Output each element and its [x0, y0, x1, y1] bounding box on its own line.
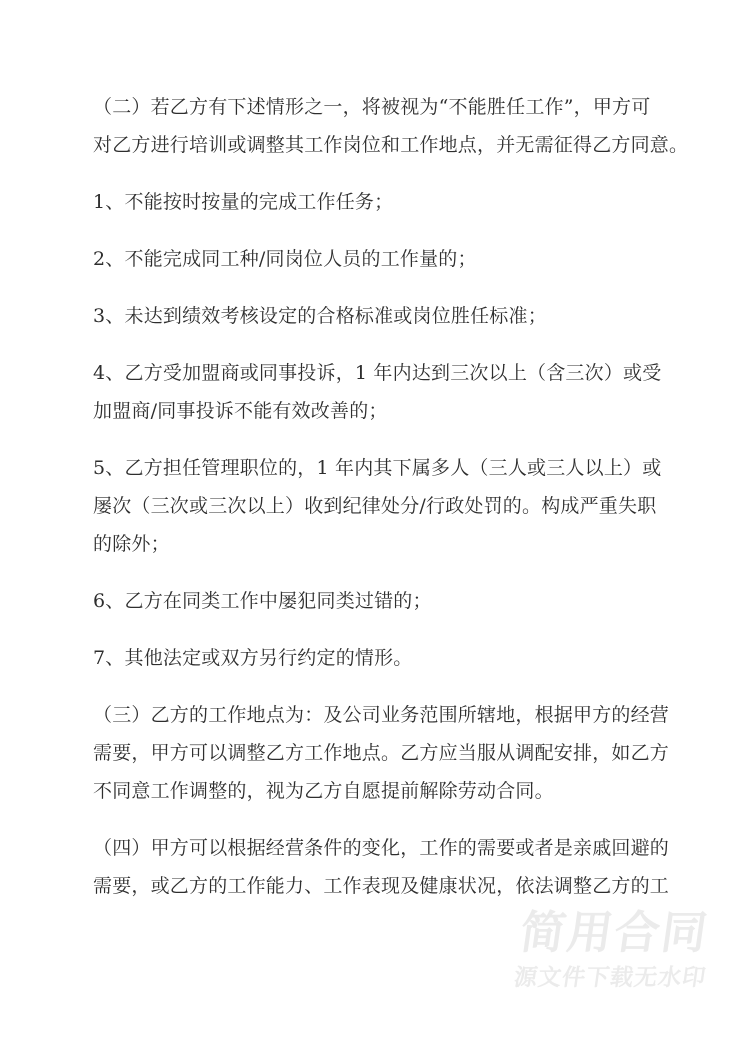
paragraph-line: 4、乙方受加盟商或同事投诉，1 年内达到三次以上（含三次）或受: [93, 354, 665, 392]
paragraph-line: 屡次（三次或三次以上）收到纪律处分/行政处罚的。构成严重失职: [93, 487, 665, 525]
paragraph-line: 5、乙方担任管理职位的，1 年内其下属多人（三人或三人以上）或: [93, 449, 665, 487]
paragraph-line: 1、不能按时按量的完成工作任务；: [93, 183, 665, 221]
paragraph-line: 加盟商/同事投诉不能有效改善的；: [93, 392, 665, 430]
paragraph-line: （二）若乙方有下述情形之一，将被视为“不能胜任工作”，甲方可: [93, 88, 665, 126]
paragraph-line: 2、不能完成同工种/同岗位人员的工作量的；: [93, 240, 665, 278]
clause-2-intro: （二）若乙方有下述情形之一，将被视为“不能胜任工作”，甲方可 对乙方进行培训或调…: [93, 88, 665, 164]
paragraph-line: 3、未达到绩效考核设定的合格标准或岗位胜任标准；: [93, 297, 665, 335]
watermark: 简用合同 源文件下载无水印: [512, 906, 716, 993]
clause-2-item-6: 6、乙方在同类工作中屡犯同类过错的；: [93, 582, 665, 620]
paragraph-line: （四）甲方可以根据经营条件的变化，工作的需要或者是亲戚回避的: [93, 829, 665, 867]
clause-2-item-3: 3、未达到绩效考核设定的合格标准或岗位胜任标准；: [93, 297, 665, 335]
clause-2-item-1: 1、不能按时按量的完成工作任务；: [93, 183, 665, 221]
clause-2-item-4: 4、乙方受加盟商或同事投诉，1 年内达到三次以上（含三次）或受 加盟商/同事投诉…: [93, 354, 665, 430]
clause-2-item-2: 2、不能完成同工种/同岗位人员的工作量的；: [93, 240, 665, 278]
paragraph-line: 的除外；: [93, 525, 665, 563]
watermark-title: 简用合同: [517, 906, 717, 960]
clause-3: （三）乙方的工作地点为：及公司业务范围所辖地，根据甲方的经营 需要，甲方可以调整…: [93, 696, 665, 810]
clause-4: （四）甲方可以根据经营条件的变化，工作的需要或者是亲戚回避的 需要，或乙方的工作…: [93, 829, 665, 905]
watermark-subtitle: 源文件下载无水印: [512, 963, 708, 993]
paragraph-line: 需要，或乙方的工作能力、工作表现及健康状况，依法调整乙方的工: [93, 867, 665, 905]
paragraph-line: 7、其他法定或双方另行约定的情形。: [93, 639, 665, 677]
paragraph-line: 6、乙方在同类工作中屡犯同类过错的；: [93, 582, 665, 620]
paragraph-line: 对乙方进行培训或调整其工作岗位和工作地点，并无需征得乙方同意。: [93, 126, 665, 164]
paragraph-line: 需要，甲方可以调整乙方工作地点。乙方应当服从调配安排，如乙方: [93, 734, 665, 772]
paragraph-line: （三）乙方的工作地点为：及公司业务范围所辖地，根据甲方的经营: [93, 696, 665, 734]
paragraph-line: 不同意工作调整的，视为乙方自愿提前解除劳动合同。: [93, 772, 665, 810]
contract-page-body: （二）若乙方有下述情形之一，将被视为“不能胜任工作”，甲方可 对乙方进行培训或调…: [93, 88, 665, 924]
clause-2-item-5: 5、乙方担任管理职位的，1 年内其下属多人（三人或三人以上）或 屡次（三次或三次…: [93, 449, 665, 563]
clause-2-item-7: 7、其他法定或双方另行约定的情形。: [93, 639, 665, 677]
